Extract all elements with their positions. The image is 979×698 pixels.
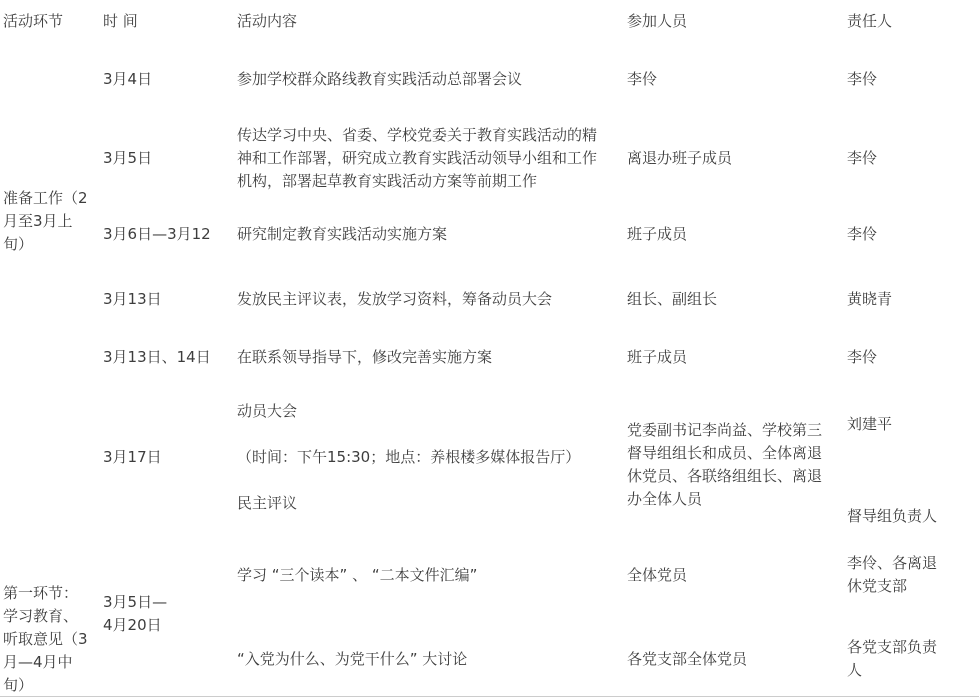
responsible-cell: 李伶 bbox=[847, 42, 979, 116]
stage-cell-preparation: 准备工作（2 月至3月上 旬） bbox=[0, 42, 103, 385]
responsible-cell: 李伶 bbox=[847, 200, 979, 268]
header-content: 活动内容 bbox=[237, 0, 627, 42]
header-time: 时 间 bbox=[103, 0, 237, 42]
activity-schedule-table: 活动环节 时 间 活动内容 参加人员 责任人 准备工作（2 月至3月上 旬） 3… bbox=[0, 0, 979, 698]
responsible-cell: 李伶、各离退 休党支部 bbox=[847, 530, 979, 620]
responsible-cell: 各党支部负责 人 bbox=[847, 620, 979, 698]
header-responsible: 责任人 bbox=[847, 0, 979, 42]
content-cell: 在联系领导指导下，修改完善实施方案 bbox=[237, 330, 627, 385]
participants-cell: 党委副书记李尚益、学校第三 督导组组长和成员、全体离退 休党员、各联络组组长、离… bbox=[627, 385, 847, 530]
stage-cell-empty bbox=[0, 385, 103, 530]
content-cell: 学习 “三个读本” 、 “二本文件汇编” bbox=[237, 530, 627, 620]
content-cell: 动员大会 （时间：下午15:30；地点：养根楼多媒体报告厅） 民主评议 bbox=[237, 385, 627, 530]
time-cell: 3月13日、14日 bbox=[103, 330, 237, 385]
table-row: 3月5日 传达学习中央、省委、学校党委关于教育实践活动的精 神和工作部署，研究成… bbox=[0, 116, 979, 200]
content-cell: 参加学校群众路线教育实践活动总部署会议 bbox=[237, 42, 627, 116]
table-row: 3月13日 发放民主评议表，发放学习资料，筹备动员大会 组长、副组长 黄晓青 bbox=[0, 268, 979, 330]
participants-cell: 班子成员 bbox=[627, 330, 847, 385]
table-row: 准备工作（2 月至3月上 旬） 3月4日 参加学校群众路线教育实践活动总部署会议… bbox=[0, 42, 979, 116]
header-stage: 活动环节 bbox=[0, 0, 103, 42]
participants-cell: 全体党员 bbox=[627, 530, 847, 620]
participants-cell: 班子成员 bbox=[627, 200, 847, 268]
table-row: 3月17日 动员大会 （时间：下午15:30；地点：养根楼多媒体报告厅） 民主评… bbox=[0, 385, 979, 530]
header-participants: 参加人员 bbox=[627, 0, 847, 42]
participants-cell: 李伶 bbox=[627, 42, 847, 116]
content-cell: 传达学习中央、省委、学校党委关于教育实践活动的精 神和工作部署，研究成立教育实践… bbox=[237, 116, 627, 200]
time-cell: 3月13日 bbox=[103, 268, 237, 330]
participants-cell: 离退办班子成员 bbox=[627, 116, 847, 200]
participants-cell: 各党支部全体党员 bbox=[627, 620, 847, 698]
responsible-cell: 刘建平 督导组负责人 bbox=[847, 385, 979, 530]
table-row: 第一环节： 学习教育、 听取意见（3 月—4月中 旬） 3月5日— 4月20日 … bbox=[0, 530, 979, 620]
responsible-cell: 李伶 bbox=[847, 116, 979, 200]
content-cell: 发放民主评议表，发放学习资料，筹备动员大会 bbox=[237, 268, 627, 330]
time-cell: 3月5日— 4月20日 bbox=[103, 530, 237, 698]
time-cell: 3月17日 bbox=[103, 385, 237, 530]
header-row: 活动环节 时 间 活动内容 参加人员 责任人 bbox=[0, 0, 979, 42]
table-bottom-gridline bbox=[0, 696, 979, 697]
content-cell: “入党为什么、为党干什么” 大讨论 bbox=[237, 620, 627, 698]
table-row: 3月13日、14日 在联系领导指导下，修改完善实施方案 班子成员 李伶 bbox=[0, 330, 979, 385]
content-cell: 研究制定教育实践活动实施方案 bbox=[237, 200, 627, 268]
document-page: 活动环节 时 间 活动内容 参加人员 责任人 准备工作（2 月至3月上 旬） 3… bbox=[0, 0, 979, 698]
stage-cell-first-phase: 第一环节： 学习教育、 听取意见（3 月—4月中 旬） bbox=[0, 530, 103, 698]
table-row: 3月6日—3月12 研究制定教育实践活动实施方案 班子成员 李伶 bbox=[0, 200, 979, 268]
time-cell: 3月5日 bbox=[103, 116, 237, 200]
time-cell: 3月4日 bbox=[103, 42, 237, 116]
responsible-cell: 李伶 bbox=[847, 330, 979, 385]
responsible-cell: 黄晓青 bbox=[847, 268, 979, 330]
participants-cell: 组长、副组长 bbox=[627, 268, 847, 330]
time-cell: 3月6日—3月12 bbox=[103, 200, 237, 268]
